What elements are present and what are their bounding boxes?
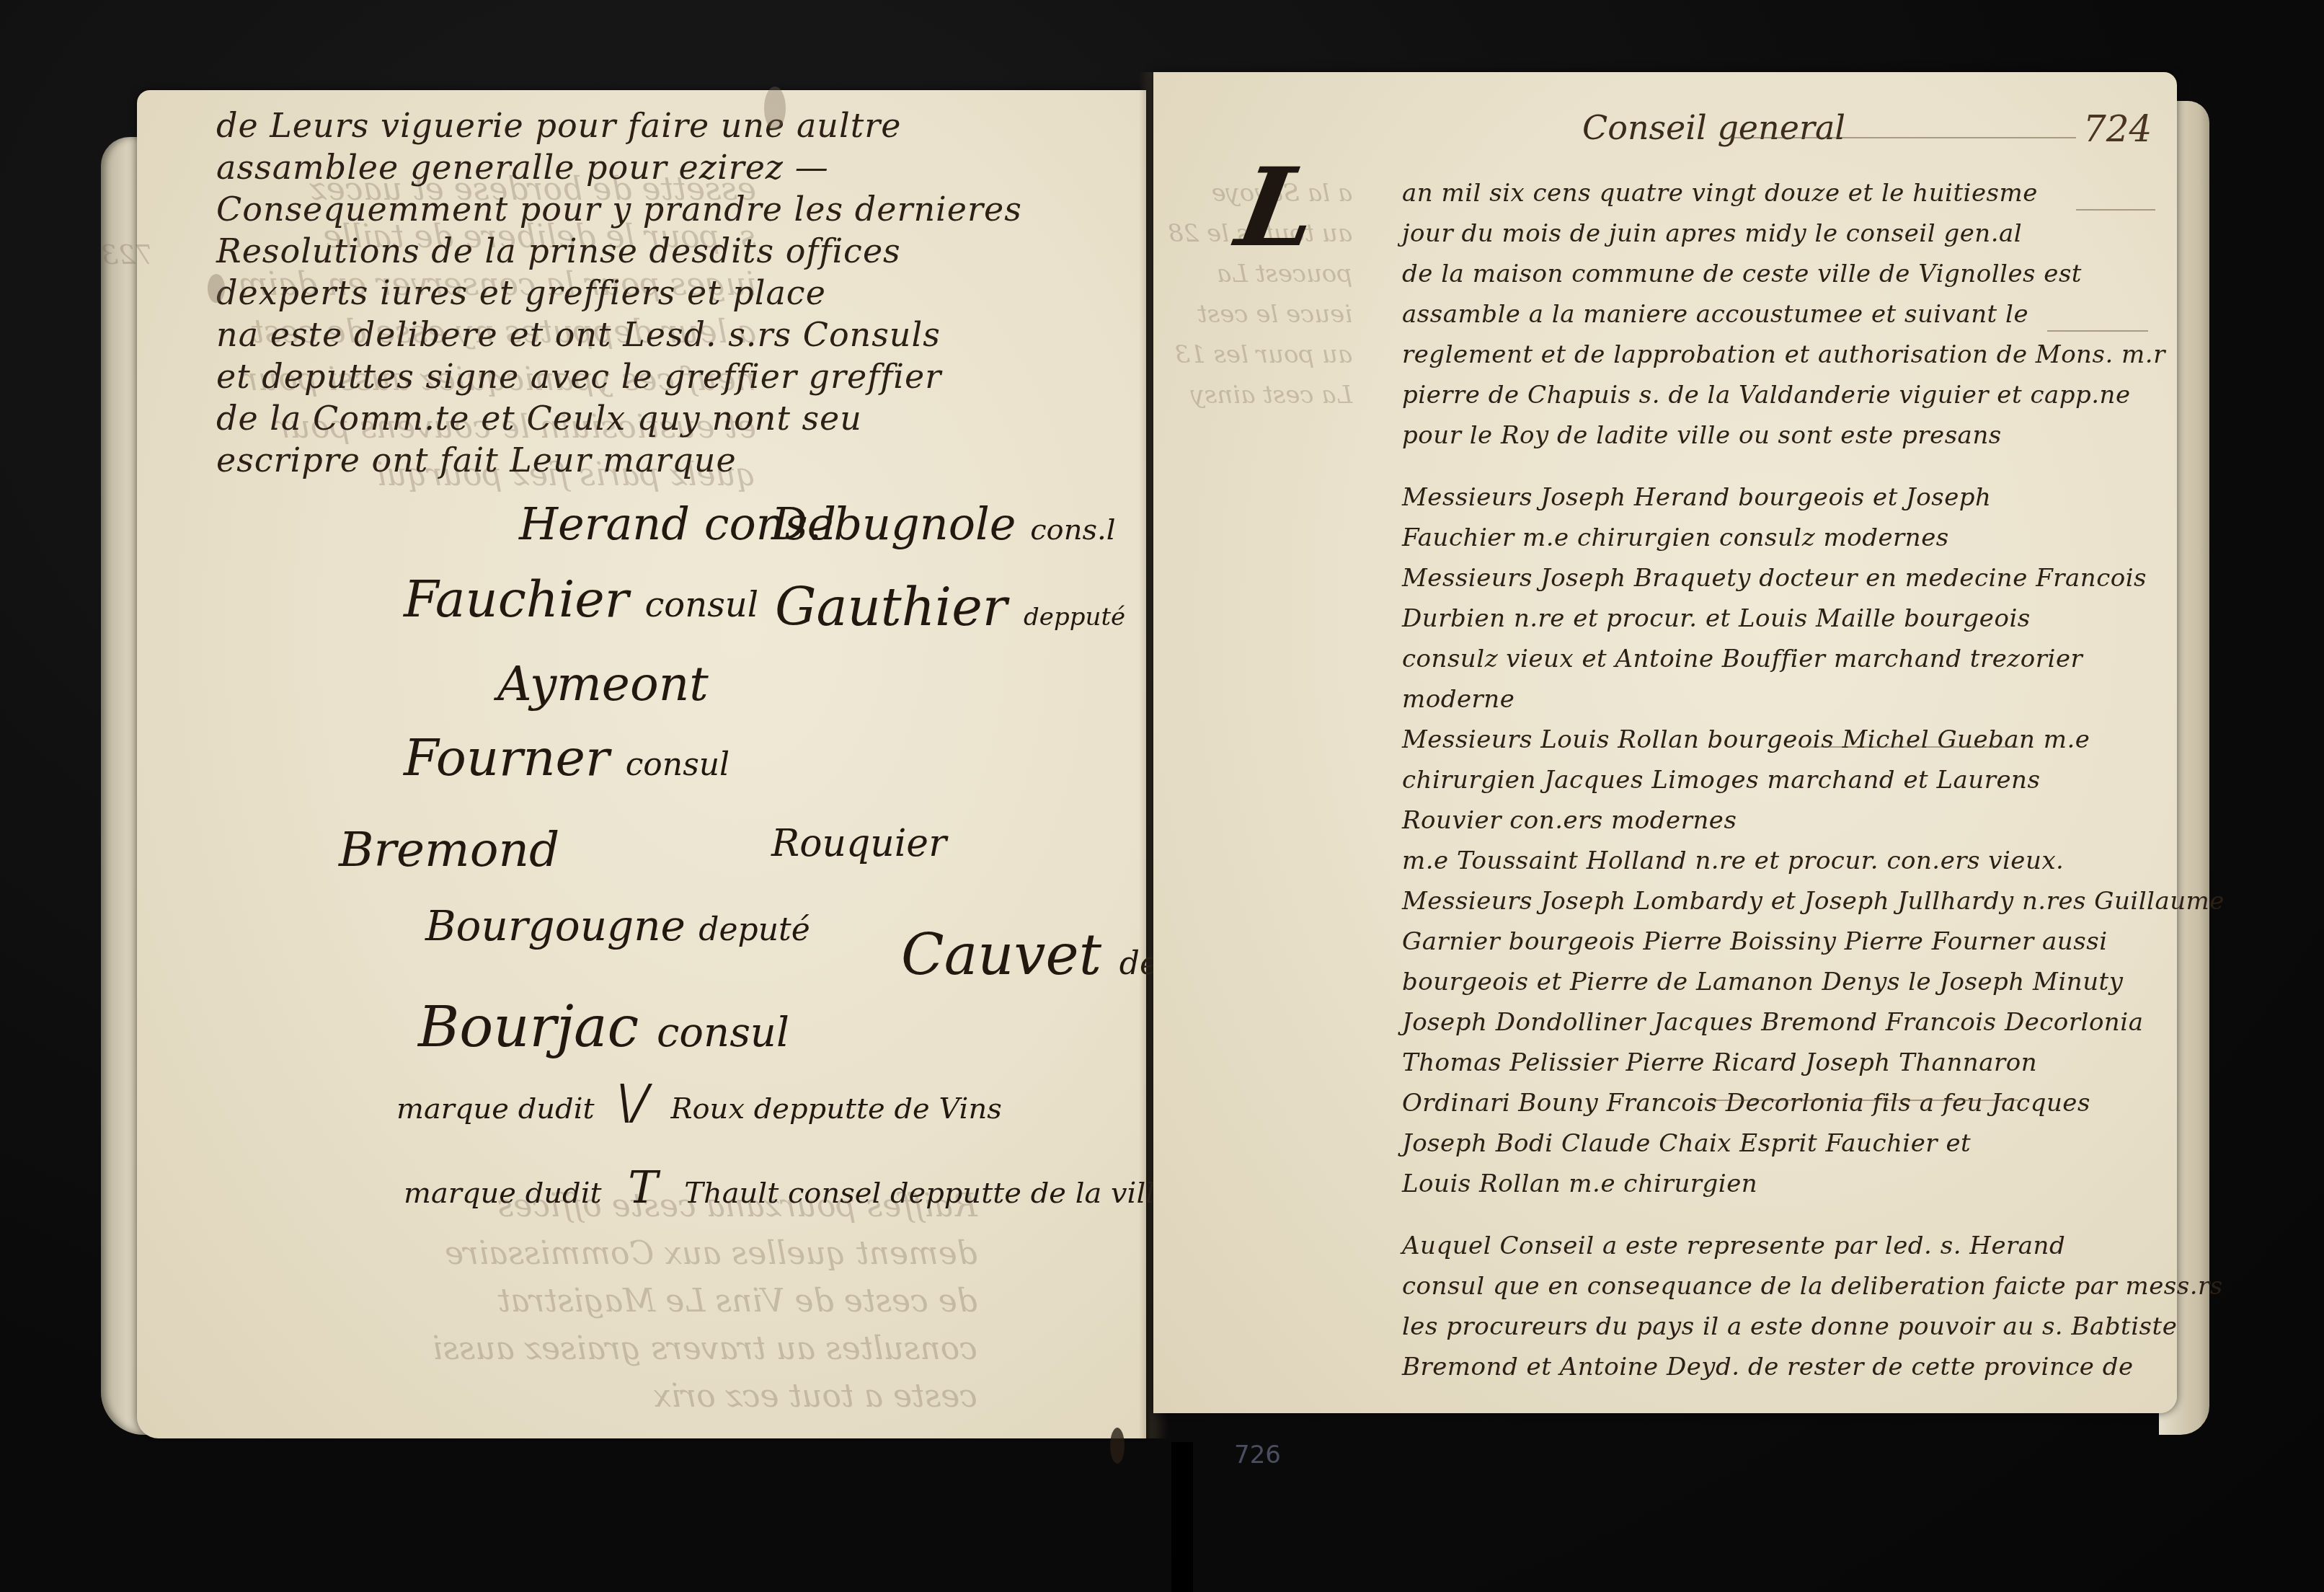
right-page-body: an mil six cens quatre vingt douze et le… <box>1402 173 2225 1387</box>
signature-bourgougne: Bourgougne deputé <box>425 901 810 950</box>
body-line: de la maison commune de ceste ville de V… <box>1402 254 2225 294</box>
signature-bremond: Bremond <box>339 822 559 877</box>
body-line: escripre ont fait Leur marque <box>216 439 1022 481</box>
attendee-line: bourgeois et Pierre de Lamanon Denys le … <box>1402 962 2225 1002</box>
attendee-group: Messieurs Louis Rollan bourgeois Michel … <box>1402 720 2225 881</box>
pencil-folio-number: 726 <box>1234 1441 1281 1469</box>
attendee-line: Garnier bourgeois Pierre Boissiny Pierre… <box>1402 921 2225 962</box>
folio-number: 724 <box>2083 108 2152 150</box>
signature-gauthier: Gauthier depputé <box>775 577 1125 637</box>
page-heading: Conseil general <box>1582 108 1845 147</box>
attendee-line: Messieurs Joseph Braquety docteur en med… <box>1402 558 2225 598</box>
water-stain <box>208 274 225 303</box>
body-line: Consequemment pour y prandre les dernier… <box>216 188 1022 230</box>
signature-rouquier: Rouquier <box>771 822 946 865</box>
signature-fourner: Fourner consul <box>404 728 729 787</box>
spine-shadow <box>1171 1442 1193 1592</box>
body-line: jour du mois de juin apres midy le conse… <box>1402 213 2225 254</box>
signature-aymeont: Aymeont <box>497 656 709 712</box>
attendee-group: Messieurs Joseph Herand bourgeois et Jos… <box>1402 477 2225 558</box>
attendee-line: Durbien n.re et procur. et Louis Maille … <box>1402 598 2225 639</box>
attendee-line: Joseph Bodi Claude Chaix Esprit Fauchier… <box>1402 1123 2225 1164</box>
line-fill-stroke <box>2076 209 2155 211</box>
ink-stain <box>1110 1428 1125 1464</box>
body-line: de Leurs viguerie pour faire une aultre <box>216 105 1022 146</box>
attendee-line: Thomas Pelissier Pierre Ricard Joseph Th… <box>1402 1043 2225 1083</box>
line-fill-stroke <box>1701 1100 2018 1101</box>
attendee-line: Messieurs Joseph Lombardy et Joseph Jull… <box>1402 881 2225 921</box>
body-line: et deputtes signe avec le greffier greff… <box>216 355 1022 397</box>
attendee-group: Messieurs Joseph Lombardy et Joseph Jull… <box>1402 881 2225 1204</box>
signature-fauchier: Fauchier consul <box>404 570 758 629</box>
ghost-folio: 723 <box>101 231 154 278</box>
body-line: na este delibere et ont Lesd. s.rs Consu… <box>216 314 1022 355</box>
manuscript-photo: essette de bordese et uacez s. pour le d… <box>0 0 2324 1592</box>
closing-line: Bremond et Antoine Deyd. de rester de ce… <box>1402 1347 2225 1387</box>
signature-bourjac: Bourjac consul <box>418 995 789 1060</box>
closing-line: les procureurs du pays il a este donne p… <box>1402 1306 2225 1347</box>
body-line: an mil six cens quatre vingt douze et le… <box>1402 173 2225 213</box>
body-line: dexperts iures et greffiers et place <box>216 272 1022 314</box>
attendee-line: moderne <box>1402 679 2225 720</box>
left-page-body: de Leurs viguerie pour faire une aultre … <box>216 105 1022 481</box>
body-line: pour le Roy de ladite ville ou sont este… <box>1402 415 2225 456</box>
ink-stain <box>764 87 786 130</box>
body-line: assamblee generalle pour ezirez — <box>216 146 1022 188</box>
attendee-line: Messieurs Joseph Herand bourgeois et Jos… <box>1402 477 2225 518</box>
body-line: pierre de Chapuis s. de la Valdanderie v… <box>1402 375 2225 415</box>
body-line: assamble a la maniere accoustumee et sui… <box>1402 294 2225 335</box>
closing-line: consul que en consequance de la delibera… <box>1402 1266 2225 1306</box>
body-line: Resolutions de la prinse desdits offices <box>216 230 1022 272</box>
signature-debugnole: Debugnole cons.l <box>771 497 1116 550</box>
attendee-line: Ordinari Bouny Francois Decorlonia fils … <box>1402 1083 2225 1123</box>
attendee-line: Joseph Dondolliner Jacques Bremond Franc… <box>1402 1002 2225 1043</box>
attendee-group: Messieurs Joseph Braquety docteur en med… <box>1402 558 2225 720</box>
attendee-line: Messieurs Louis Rollan bourgeois Michel … <box>1402 720 2225 760</box>
body-line: reglement et de lapprobation et authoris… <box>1402 335 2225 375</box>
attendee-line: chirurgien Jacques Limoges marchand et L… <box>1402 760 2225 800</box>
mark-thault: marque dudit T Thault consel depputte de… <box>404 1161 1172 1213</box>
heading-rule <box>1730 137 2076 138</box>
closing-line: Auquel Conseil a este represente par led… <box>1402 1226 2225 1266</box>
attendee-line: Rouvier con.ers modernes <box>1402 800 2225 841</box>
signature-cauvet: Cauvet dep <box>901 923 1179 988</box>
body-line: de la Comm.te et Ceulx quy nont seu <box>216 397 1022 439</box>
line-fill-stroke <box>2047 330 2148 332</box>
attendee-line: Louis Rollan m.e chirurgien <box>1402 1164 2225 1204</box>
mark-roux: marque dudit \/ Roux depputte de Vins <box>396 1074 1002 1130</box>
line-fill-stroke <box>1802 746 2018 748</box>
attendee-line: Fauchier m.e chirurgien consulz modernes <box>1402 518 2225 558</box>
attendee-line: consulz vieux et Antoine Bouffier marcha… <box>1402 639 2225 679</box>
attendee-line: m.e Toussaint Holland n.re et procur. co… <box>1402 841 2225 881</box>
bleed-through-text-lower: Raiffes pourzana ceste offices dement qu… <box>433 1182 977 1420</box>
